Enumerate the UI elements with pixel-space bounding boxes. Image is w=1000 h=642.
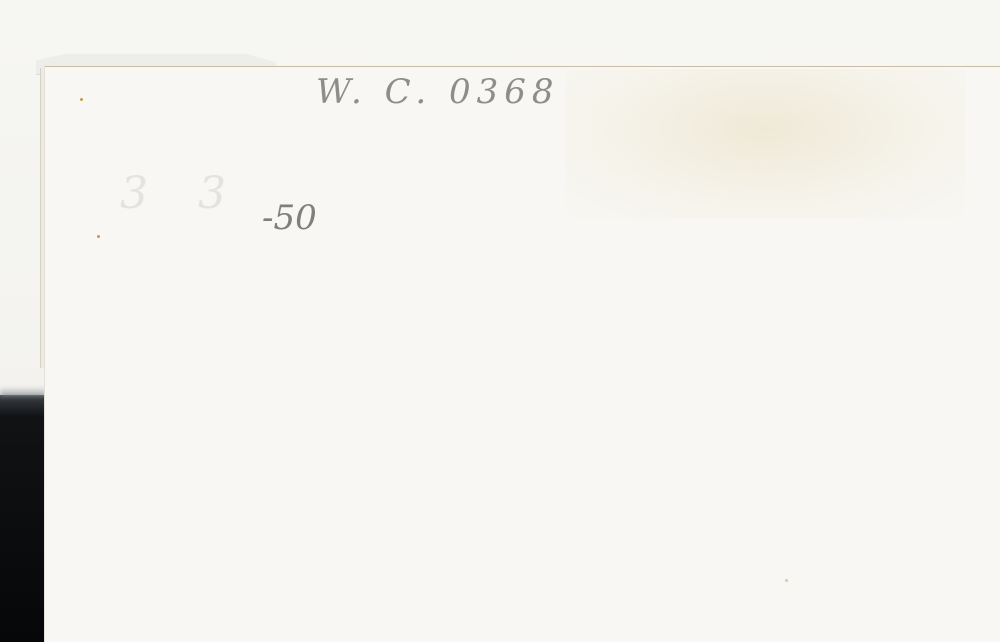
foxing-spot <box>785 579 788 582</box>
black-frame-edge <box>0 395 46 642</box>
foxing-spot <box>80 98 83 101</box>
erased-inscription: 3 3 <box>120 168 244 219</box>
foxing-spot <box>97 235 100 238</box>
catalog-number-inscription: W. C. 0368 <box>316 72 560 112</box>
price-inscription: -50 <box>262 198 317 238</box>
artwork-back-card <box>45 66 1000 642</box>
discoloration-stain <box>565 69 965 219</box>
